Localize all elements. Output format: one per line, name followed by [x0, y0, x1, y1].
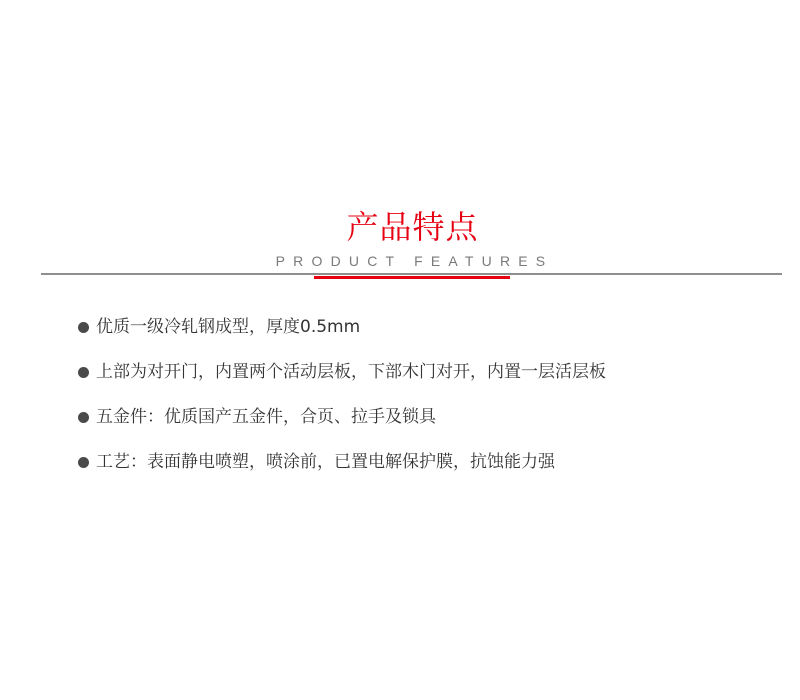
feature-item: 五金件：优质国产五金件，合页、拉手及锁具 — [78, 405, 606, 450]
feature-item: 上部为对开门，内置两个活动层板，下部木门对开，内置一层活层板 — [78, 360, 606, 405]
feature-text: 优质一级冷轧钢成型，厚度0.5mm — [96, 315, 360, 339]
title-accent-bar — [314, 276, 510, 279]
feature-item: 工艺：表面静电喷塑，喷涂前，已置电解保护膜，抗蚀能力强 — [78, 450, 606, 495]
feature-text: 工艺：表面静电喷塑，喷涂前，已置电解保护膜，抗蚀能力强 — [96, 450, 555, 474]
bullet-dot-icon — [78, 367, 89, 378]
bullet-dot-icon — [78, 412, 89, 423]
section-title: 产品特点 — [0, 205, 800, 249]
bullet-dot-icon — [78, 457, 89, 468]
feature-list: 优质一级冷轧钢成型，厚度0.5mm 上部为对开门，内置两个活动层板，下部木门对开… — [78, 315, 606, 495]
feature-text: 上部为对开门，内置两个活动层板，下部木门对开，内置一层活层板 — [96, 360, 606, 384]
feature-item: 优质一级冷轧钢成型，厚度0.5mm — [78, 315, 606, 360]
bullet-dot-icon — [78, 322, 89, 333]
divider-line — [41, 273, 782, 275]
feature-text: 五金件：优质国产五金件，合页、拉手及锁具 — [96, 405, 436, 429]
section-subtitle: PRODUCT FEATURES — [0, 252, 800, 270]
